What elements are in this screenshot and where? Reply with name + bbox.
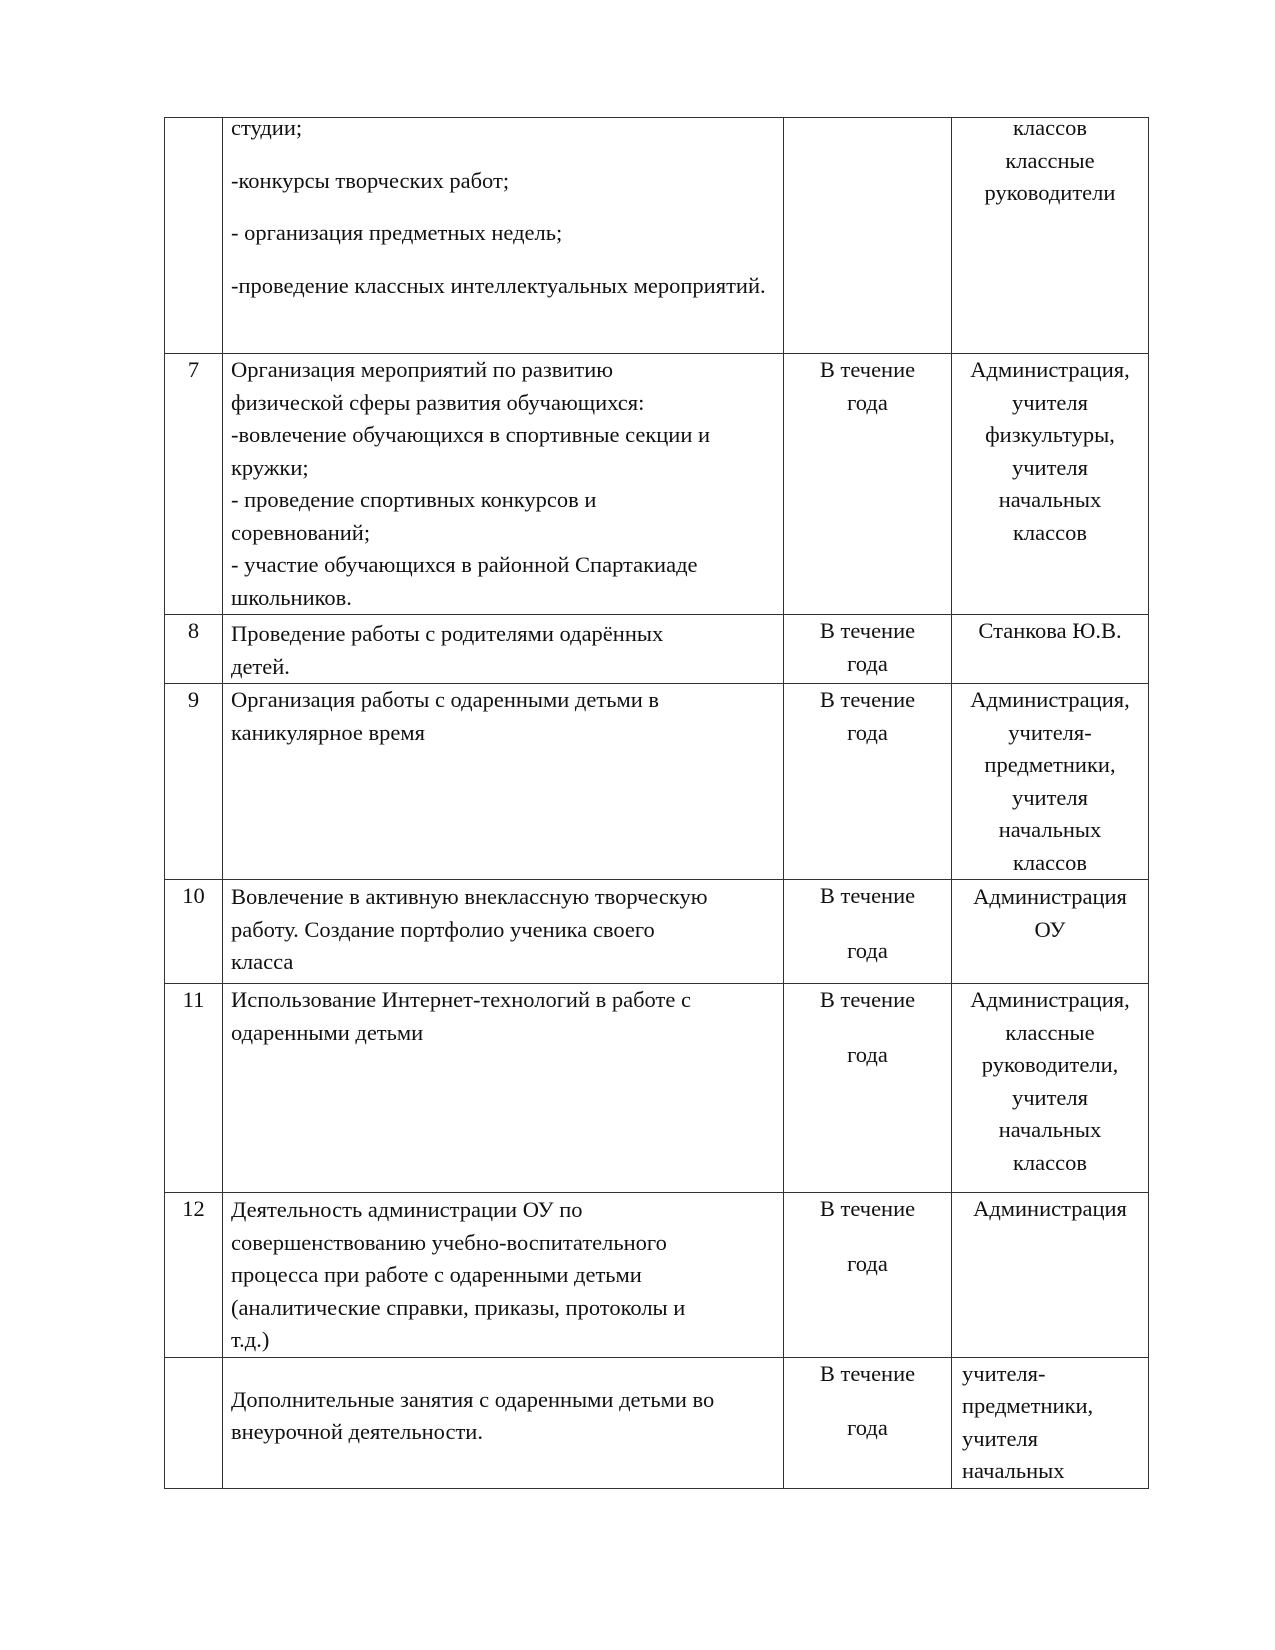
- activity-plan-table: студии; -конкурсы творческих работ; - ор…: [164, 117, 1149, 1489]
- activity-line: Организация мероприятий по развитию: [231, 354, 775, 387]
- activity-line: внеурочной деятельности.: [231, 1416, 775, 1449]
- table-row: 11 Использование Интернет-технологий в р…: [165, 984, 1149, 1193]
- activity-line: т.д.): [231, 1324, 775, 1357]
- term-cell: В течение года: [784, 880, 952, 984]
- responsible-line: классные: [960, 145, 1140, 178]
- activity-cell: Организация мероприятий по развитию физи…: [223, 354, 784, 615]
- responsible-line: учителя: [962, 1423, 1140, 1456]
- responsible-cell: учителя- предметники, учителя начальных: [952, 1357, 1149, 1488]
- activity-line: соревнований;: [231, 517, 775, 550]
- responsible-cell: классов классные руководители: [952, 118, 1149, 354]
- row-number: 10: [165, 880, 223, 984]
- term-cell: В течение года: [784, 1193, 952, 1358]
- responsible-line: предметники,: [962, 1390, 1140, 1423]
- responsible-line: учителя: [960, 452, 1140, 485]
- term-line: года: [792, 1412, 943, 1445]
- term-cell: В течение года: [784, 984, 952, 1193]
- responsible-cell: Администрация, классные руководители, уч…: [952, 984, 1149, 1193]
- term-line: года: [792, 717, 943, 750]
- activity-line: физической сферы развития обучающихся:: [231, 387, 775, 420]
- activity-line: (аналитические справки, приказы, протоко…: [231, 1292, 775, 1325]
- row-number: 8: [165, 615, 223, 684]
- responsible-cell: Администрация, учителя физкультуры, учит…: [952, 354, 1149, 615]
- row-number: 11: [165, 984, 223, 1193]
- table-row: 7 Организация мероприятий по развитию фи…: [165, 354, 1149, 615]
- term-line: года: [792, 648, 943, 681]
- activity-cell: Организация работы с одаренными детьми в…: [223, 684, 784, 880]
- term-cell: В течение года: [784, 615, 952, 684]
- term-line: года: [792, 1039, 943, 1072]
- term-cell: В течение года: [784, 354, 952, 615]
- activity-line: -конкурсы творческих работ;: [231, 165, 775, 198]
- responsible-line: физкультуры,: [960, 419, 1140, 452]
- table-row: 8 Проведение работы с родителями одарённ…: [165, 615, 1149, 684]
- activity-line: процесса при работе с одаренными детьми: [231, 1259, 775, 1292]
- term-cell: [784, 118, 952, 354]
- table-row: 10 Вовлечение в активную внеклассную тво…: [165, 880, 1149, 984]
- activity-line: Использование Интернет-технологий в рабо…: [231, 984, 775, 1017]
- responsible-line: Администрация,: [960, 354, 1140, 387]
- responsible-line: начальных: [962, 1455, 1140, 1488]
- activity-line: - участие обучающихся в районной Спартак…: [231, 549, 775, 582]
- term-line: года: [792, 387, 943, 420]
- activity-line: - проведение спортивных конкурсов и: [231, 484, 775, 517]
- responsible-line: учителя: [960, 1082, 1140, 1115]
- activity-line: школьников.: [231, 582, 775, 615]
- activity-line: работу. Создание портфолио ученика своег…: [231, 914, 775, 947]
- responsible-line: ОУ: [960, 914, 1140, 947]
- responsible-line: Станкова Ю.В.: [960, 615, 1140, 648]
- term-line: В течение: [792, 984, 943, 1017]
- term-line: В течение: [792, 1193, 943, 1226]
- row-number: 7: [165, 354, 223, 615]
- responsible-line: классов: [960, 112, 1140, 145]
- activity-cell: Проведение работы с родителями одарённых…: [223, 615, 784, 684]
- responsible-line: предметники,: [960, 749, 1140, 782]
- term-line: В течение: [792, 354, 943, 387]
- term-line: года: [792, 935, 943, 968]
- responsible-line: классов: [960, 517, 1140, 550]
- activity-cell: студии; -конкурсы творческих работ; - ор…: [223, 118, 784, 354]
- activity-line: каникулярное время: [231, 717, 775, 750]
- activity-line: студии;: [231, 112, 775, 145]
- responsible-cell: Станкова Ю.В.: [952, 615, 1149, 684]
- responsible-line: Администрация: [960, 881, 1140, 914]
- term-line: В течение: [792, 880, 943, 913]
- activity-line: Вовлечение в активную внеклассную творче…: [231, 881, 775, 914]
- responsible-line: классов: [960, 1147, 1140, 1180]
- term-line: года: [792, 1248, 943, 1281]
- responsible-line: Администрация: [960, 1193, 1140, 1226]
- activity-line: Деятельность администрации ОУ по: [231, 1194, 775, 1227]
- activity-cell: Деятельность администрации ОУ по соверше…: [223, 1193, 784, 1358]
- responsible-cell: Администрация: [952, 1193, 1149, 1358]
- responsible-line: учителя-: [962, 1358, 1140, 1391]
- responsible-line: Администрация,: [960, 684, 1140, 717]
- term-cell: В течение года: [784, 1357, 952, 1488]
- row-number: [165, 118, 223, 354]
- row-number: 9: [165, 684, 223, 880]
- activity-line: детей.: [231, 651, 775, 684]
- activity-line: одаренными детьми: [231, 1017, 775, 1050]
- responsible-line: начальных: [960, 1114, 1140, 1147]
- responsible-line: учителя-: [960, 717, 1140, 750]
- responsible-line: учителя: [960, 782, 1140, 815]
- activity-cell: Дополнительные занятия с одаренными деть…: [223, 1357, 784, 1488]
- table-row: 12 Деятельность администрации ОУ по сове…: [165, 1193, 1149, 1358]
- activity-line: Проведение работы с родителями одарённых: [231, 618, 775, 651]
- responsible-line: начальных: [960, 484, 1140, 517]
- row-number: 12: [165, 1193, 223, 1358]
- table-row: 9 Организация работы с одаренными детьми…: [165, 684, 1149, 880]
- responsible-cell: Администрация, учителя- предметники, учи…: [952, 684, 1149, 880]
- activity-cell: Использование Интернет-технологий в рабо…: [223, 984, 784, 1193]
- responsible-line: учителя: [960, 387, 1140, 420]
- term-line: В течение: [792, 684, 943, 717]
- table-row: студии; -конкурсы творческих работ; - ор…: [165, 118, 1149, 354]
- term-line: В течение: [792, 1358, 943, 1391]
- responsible-line: Администрация,: [960, 984, 1140, 1017]
- responsible-line: начальных: [960, 814, 1140, 847]
- term-line: В течение: [792, 615, 943, 648]
- responsible-cell: Администрация ОУ: [952, 880, 1149, 984]
- activity-line: класса: [231, 946, 775, 979]
- responsible-line: классные: [960, 1017, 1140, 1050]
- responsible-line: руководители,: [960, 1049, 1140, 1082]
- activity-line: -проведение классных интеллектуальных ме…: [231, 270, 775, 303]
- activity-line: совершенствованию учебно-воспитательного: [231, 1227, 775, 1260]
- activity-line: Дополнительные занятия с одаренными деть…: [231, 1384, 775, 1417]
- term-cell: В течение года: [784, 684, 952, 880]
- activity-line: -вовлечение обучающихся в спортивные сек…: [231, 419, 775, 452]
- activity-cell: Вовлечение в активную внеклассную творче…: [223, 880, 784, 984]
- activity-line: кружки;: [231, 452, 775, 485]
- row-number: [165, 1357, 223, 1488]
- table-row: Дополнительные занятия с одаренными деть…: [165, 1357, 1149, 1488]
- activity-line: - организация предметных недель;: [231, 217, 775, 250]
- responsible-line: руководители: [960, 177, 1140, 210]
- responsible-line: классов: [960, 847, 1140, 880]
- activity-line: Организация работы с одаренными детьми в: [231, 684, 775, 717]
